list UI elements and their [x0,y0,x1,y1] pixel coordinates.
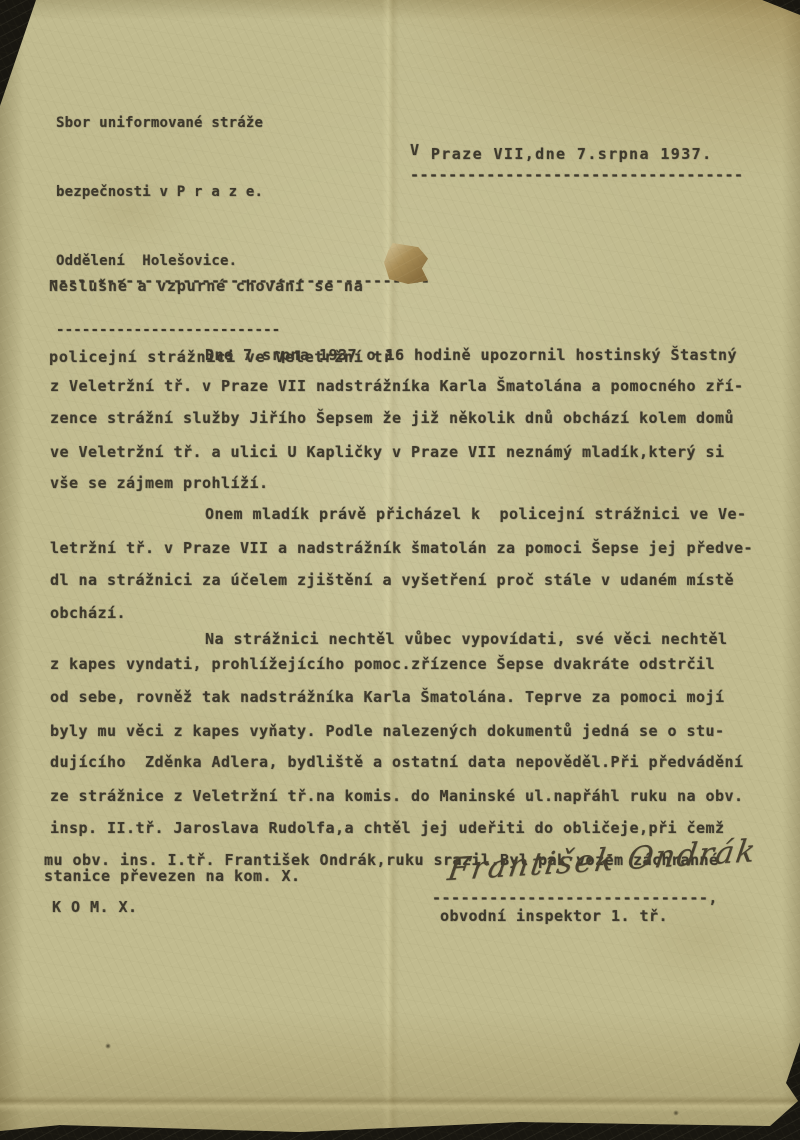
body-line: dujícího Zděnka Adlera, bydliště a ostat… [50,753,744,771]
body-line: zence strážní služby Jiřího Šepsem že ji… [50,409,734,427]
body-line: Na strážnici nechtěl vůbec vypovídati, s… [50,630,728,648]
body-line: ze strážnice z Veletržní tř.na komis. do… [50,787,744,805]
body-line: stanice převezen na kom. X. [44,867,301,885]
signature-title: obvodní inspektor 1. tř. [440,907,668,925]
body-line: z kapes vyndati, prohlížejícího pomoc.zř… [50,655,715,673]
body-line: obchází. [50,604,126,622]
dateline-prefix: V [410,141,420,159]
body-line: od sebe, rovněž tak nadstrážníka Karla Š… [50,688,725,706]
body-line: ve Veletržní tř. a ulici U Kapličky v Pr… [50,443,725,461]
scanned-document-page: Sbor uniformované stráže bezpečnosti v P… [0,0,800,1140]
signature-rule: -----------------------------, [432,889,718,907]
body-line: vše se zájmem prohlíží. [50,474,269,492]
body-line: insp. II.tř. Jaroslava Rudolfa,a chtěl j… [50,819,725,837]
subject-rule: ---------------------------------------- [49,272,430,290]
body-line: Dne 7.srpna 1937 o 16 hodině upozornil h… [50,346,737,364]
body-line: Onem mladík právě přicházel k policejní … [50,505,747,523]
dateline-rule: ----------------------------------- [410,166,744,184]
body-line: letržní tř. v Praze VII a nadstrážník šm… [50,539,753,557]
kom-reference: K O M. X. [52,898,138,916]
letterhead-line-1: Sbor uniformované stráže [56,112,280,135]
dateline-text: Praze VII,dne 7.srpna 1937. [420,145,712,163]
body-line: byly mu věci z kapes vyňaty. Podle nalez… [50,722,725,740]
body-line: z Veletržní tř. v Praze VII nadstrážníka… [50,377,744,395]
dateline: V Praze VII,dne 7.srpna 1937. [410,145,713,163]
letterhead-line-2: bezpečnosti v P r a z e. [56,181,280,204]
body-line: dl na strážnici za účelem zjištění a vyš… [50,571,734,589]
